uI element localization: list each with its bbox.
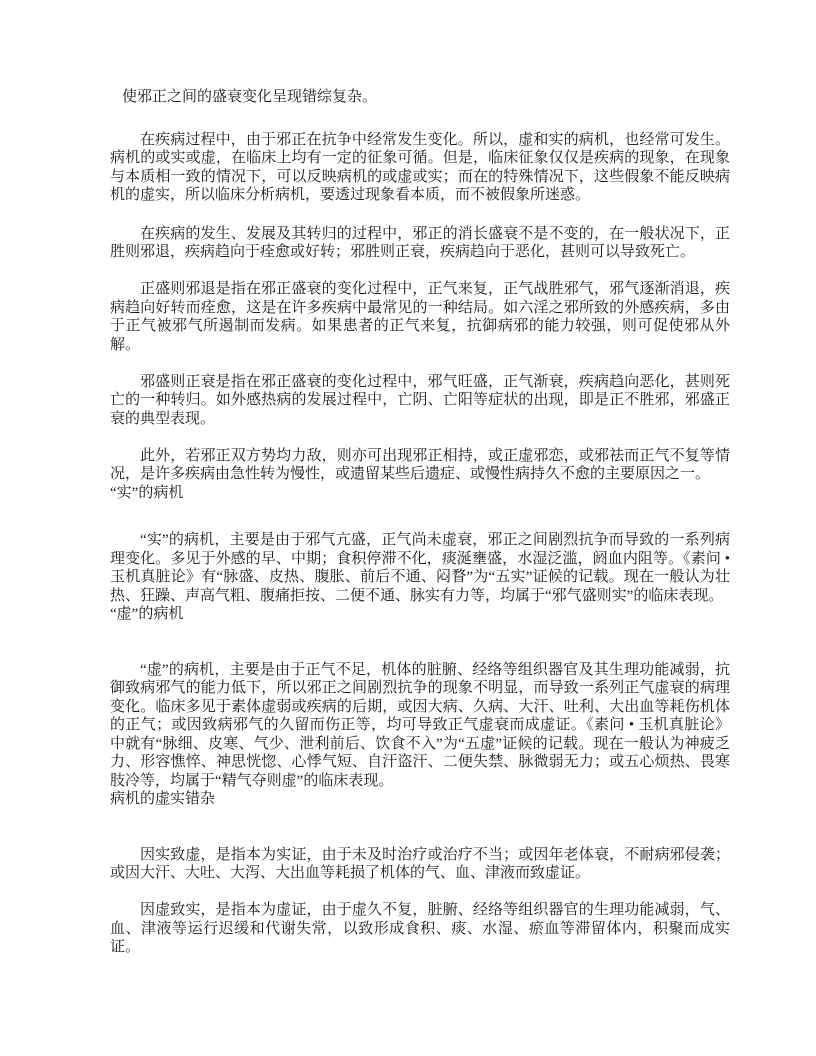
paragraph-xiesheng-zhengshuai: 邪盛则正衰是指在邪正盛衰的变化过程中，邪气旺盛，正气渐衰，疾病趋向恶化，甚则死亡… [110,373,730,429]
paragraph-disease-course: 在疾病的发生、发展及其转归的过程中，邪正的消长盛衰不是不变的，在一般状况下，正胜… [110,225,730,262]
heading-mixed-deficiency-excess: 病机的虚实错杂 [110,790,730,809]
paragraph-excess-detail: “实”的病机，主要是由于邪气亢盛，正气尚未虚衰，邪正之间剧烈抗争而导致的一系列病… [110,531,730,605]
heading-deficiency-pathogenesis: “虚”的病机 [110,605,730,624]
document-page: 使邪正之间的盛衰变化呈现错综复杂。 在疾病过程中，由于邪正在抗争中经常发生变化。… [0,0,816,1056]
paragraph-deficiency-detail: “虚”的病机，主要是由于正气不足，机体的脏腑、经络等组织器官及其生理功能减弱，抗… [110,661,730,791]
paragraph-stalemate: 此外，若邪正双方势均力敌，则亦可出现邪正相持，或正虚邪恋，或邪祛而正气不复等情况… [110,447,730,484]
paragraph-yinxu-zhishi: 因虚致实，是指本为虚证，由于虚久不复，脏腑、经络等组织器官的生理功能减弱，气、血… [110,901,730,957]
heading-excess-pathogenesis: “实”的病机 [110,484,730,503]
document-body: 使邪正之间的盛衰变化呈现错综复杂。 在疾病过程中，由于邪正在抗争中经常发生变化。… [110,88,730,957]
paragraph-continuation: 使邪正之间的盛衰变化呈现错综复杂。 [110,88,730,107]
paragraph-yinshi-zhixu: 因实致虚，是指本为实证，由于未及时治疗或治疗不当；或因年老体衰，不耐病邪侵袭；或… [110,846,730,883]
paragraph-zhengsheng-xietui: 正盛则邪退是指在邪正盛衰的变化过程中，正气来复，正气战胜邪气，邪气逐渐消退，疾病… [110,280,730,354]
paragraph-xuzhi-shi-bingji: 在疾病过程中，由于邪正在抗争中经常发生变化。所以，虚和实的病机，也经常可发生。病… [110,131,730,205]
